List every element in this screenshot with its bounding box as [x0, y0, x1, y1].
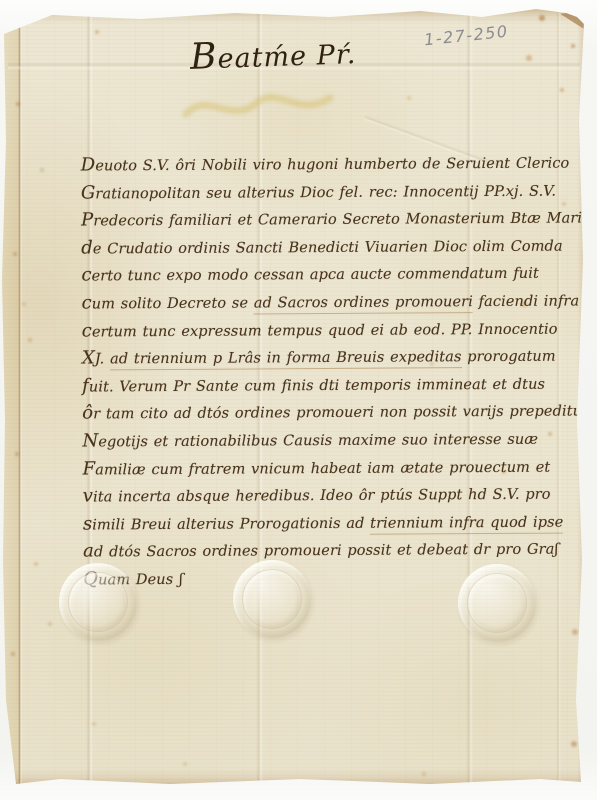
manuscript-line: XJ. ad triennium p Lrâs in forma Breuis …: [82, 342, 574, 373]
archival-number: 1-27-250: [423, 22, 509, 50]
manuscript-body: Deuoto S.V. ôri Nobili viro hugoni humbe…: [81, 149, 576, 593]
folded-leaf-edge: [0, 12, 20, 786]
underlined-phrase: ad Sacros ordines promoueri: [254, 294, 473, 314]
blind-embossed-seal: [458, 564, 536, 642]
foxing-stains: [0, 0, 4, 4]
manuscript-line: ôr tam cito ad dtós ordines promoueri no…: [82, 397, 574, 428]
manuscript-line: vita incerta absque heredibus. Ideo ôr p…: [83, 480, 575, 511]
paper-edge-right: [577, 0, 587, 800]
page-title: Beatḿe Pŕ.: [189, 31, 357, 78]
manuscript-line: simili Breui alterius Prorogationis ad t…: [83, 507, 575, 538]
manuscript-line: Predecoris familiari et Camerario Secret…: [81, 204, 573, 235]
underlined-phrase: triennium infra quod ipse: [370, 514, 563, 534]
manuscript-line: certum tunc expressum tempus quod ei ab …: [82, 314, 574, 345]
manuscript-line: Familiæ cum fratrem vnicum habeat iam æt…: [83, 452, 575, 483]
manuscript-line: fuit. Verum Pr Sante cum finis dti tempo…: [82, 369, 574, 400]
manuscript-line: cum solito Decreto se ad Sacros ordines …: [81, 286, 573, 317]
scanned-document: 1-27-250 Beatḿe Pŕ. Deuoto S.V. ôri Nobi…: [0, 0, 597, 800]
blind-embossed-seal: [59, 563, 137, 641]
manuscript-line: ad dtós Sacros ordines promoueri possit …: [83, 535, 575, 566]
underlined-phrase: ad triennium p Lrâs in forma Breuis expe…: [110, 349, 462, 370]
manuscript-page: 1-27-250 Beatḿe Pŕ. Deuoto S.V. ôri Nobi…: [0, 0, 597, 800]
manuscript-line: Deuoto S.V. ôri Nobili viro hugoni humbe…: [81, 149, 573, 180]
manuscript-line: Gratianopolitan seu alterius Dioc fel. r…: [81, 176, 573, 207]
manuscript-line: certo tunc expo modo cessan apca aucte c…: [81, 259, 573, 290]
paper-edge-bottom: [0, 768, 597, 786]
ink-showthrough: [180, 82, 350, 132]
manuscript-line: de Crudatio ordinis Sancti Benedicti Viu…: [81, 231, 573, 262]
manuscript-line: Negotijs et rationabilibus Causis maxime…: [82, 424, 574, 455]
blind-embossed-seal: [233, 560, 311, 638]
